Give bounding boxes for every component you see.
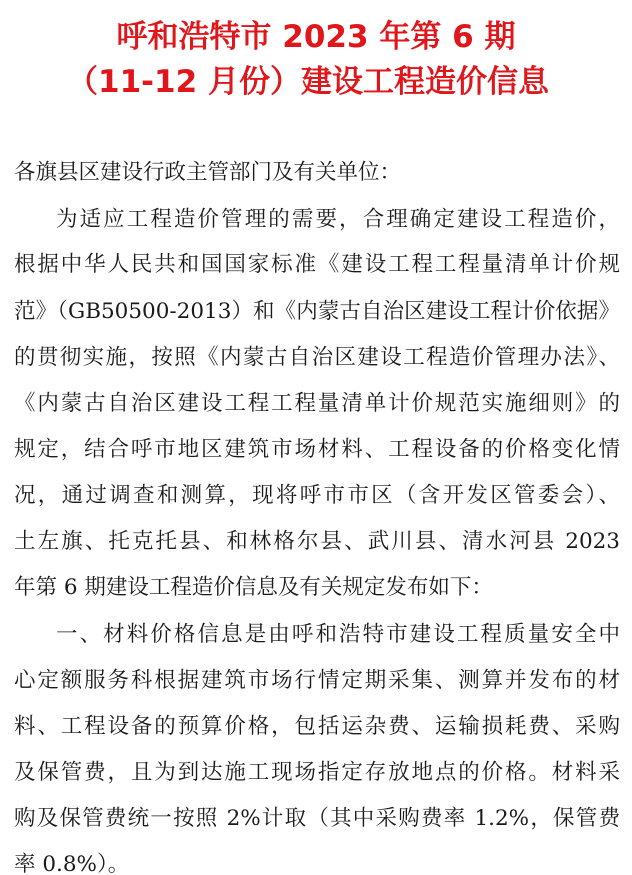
paragraph-2-line: 心定额服务科根据建筑市场行情定期采集、测算并发布的材 (14, 666, 620, 696)
paragraph-1-line: 《内蒙古自治区建设工程工程量清单计价规范实施细则》的 (14, 389, 620, 419)
paragraph-1-line: 的贯彻实施，按照《内蒙古自治区建设工程造价管理办法》、 (14, 343, 620, 373)
paragraph-1-line: 土左旗、托克托县、和林格尔县、武川县、清水河县 2023 (14, 527, 620, 557)
paragraph-2-line: 率 0.8%）。 (14, 850, 620, 875)
paragraph-2-line: 及保管费，且为到达施工现场指定存放地点的价格。材料采 (14, 758, 620, 788)
paragraph-1-line: 范》（GB50500-2013）和《内蒙古自治区建设工程计价依据》 (14, 297, 620, 327)
paragraph-1-line: 根据中华人民共和国国家标准《建设工程工程量清单计价规 (14, 250, 620, 280)
paragraph-1-line: 规定，结合呼市地区建筑市场材料、工程设备的价格变化情 (14, 435, 620, 465)
document-page: 呼和浩特市 2023 年第 6 期 （11-12 月份）建设工程造价信息 各旗县… (0, 0, 632, 875)
paragraph-2-line: 购及保管费统一按照 2%计取（其中采购费率 1.2%，保管费 (14, 804, 620, 834)
document-title-line-2: （11-12 月份）建设工程造价信息 (0, 62, 624, 102)
paragraph-2-line: 一、材料价格信息是由呼和浩特市建设工程质量安全中 (56, 620, 620, 650)
paragraph-1-line: 况，通过调查和测算，现将呼市市区（含开发区管委会）、 (14, 481, 620, 511)
salutation: 各旗县区建设行政主管部门及有关单位： (14, 158, 620, 188)
paragraph-1-line: 年第 6 期建设工程造价信息及有关规定发布如下： (14, 573, 620, 603)
paragraph-2-line: 料、工程设备的预算价格，包括运杂费、运输损耗费、采购 (14, 712, 620, 742)
paragraph-1-line: 为适应工程造价管理的需要，合理确定建设工程造价， (56, 205, 620, 235)
document-title-line-1: 呼和浩特市 2023 年第 6 期 (0, 17, 632, 57)
